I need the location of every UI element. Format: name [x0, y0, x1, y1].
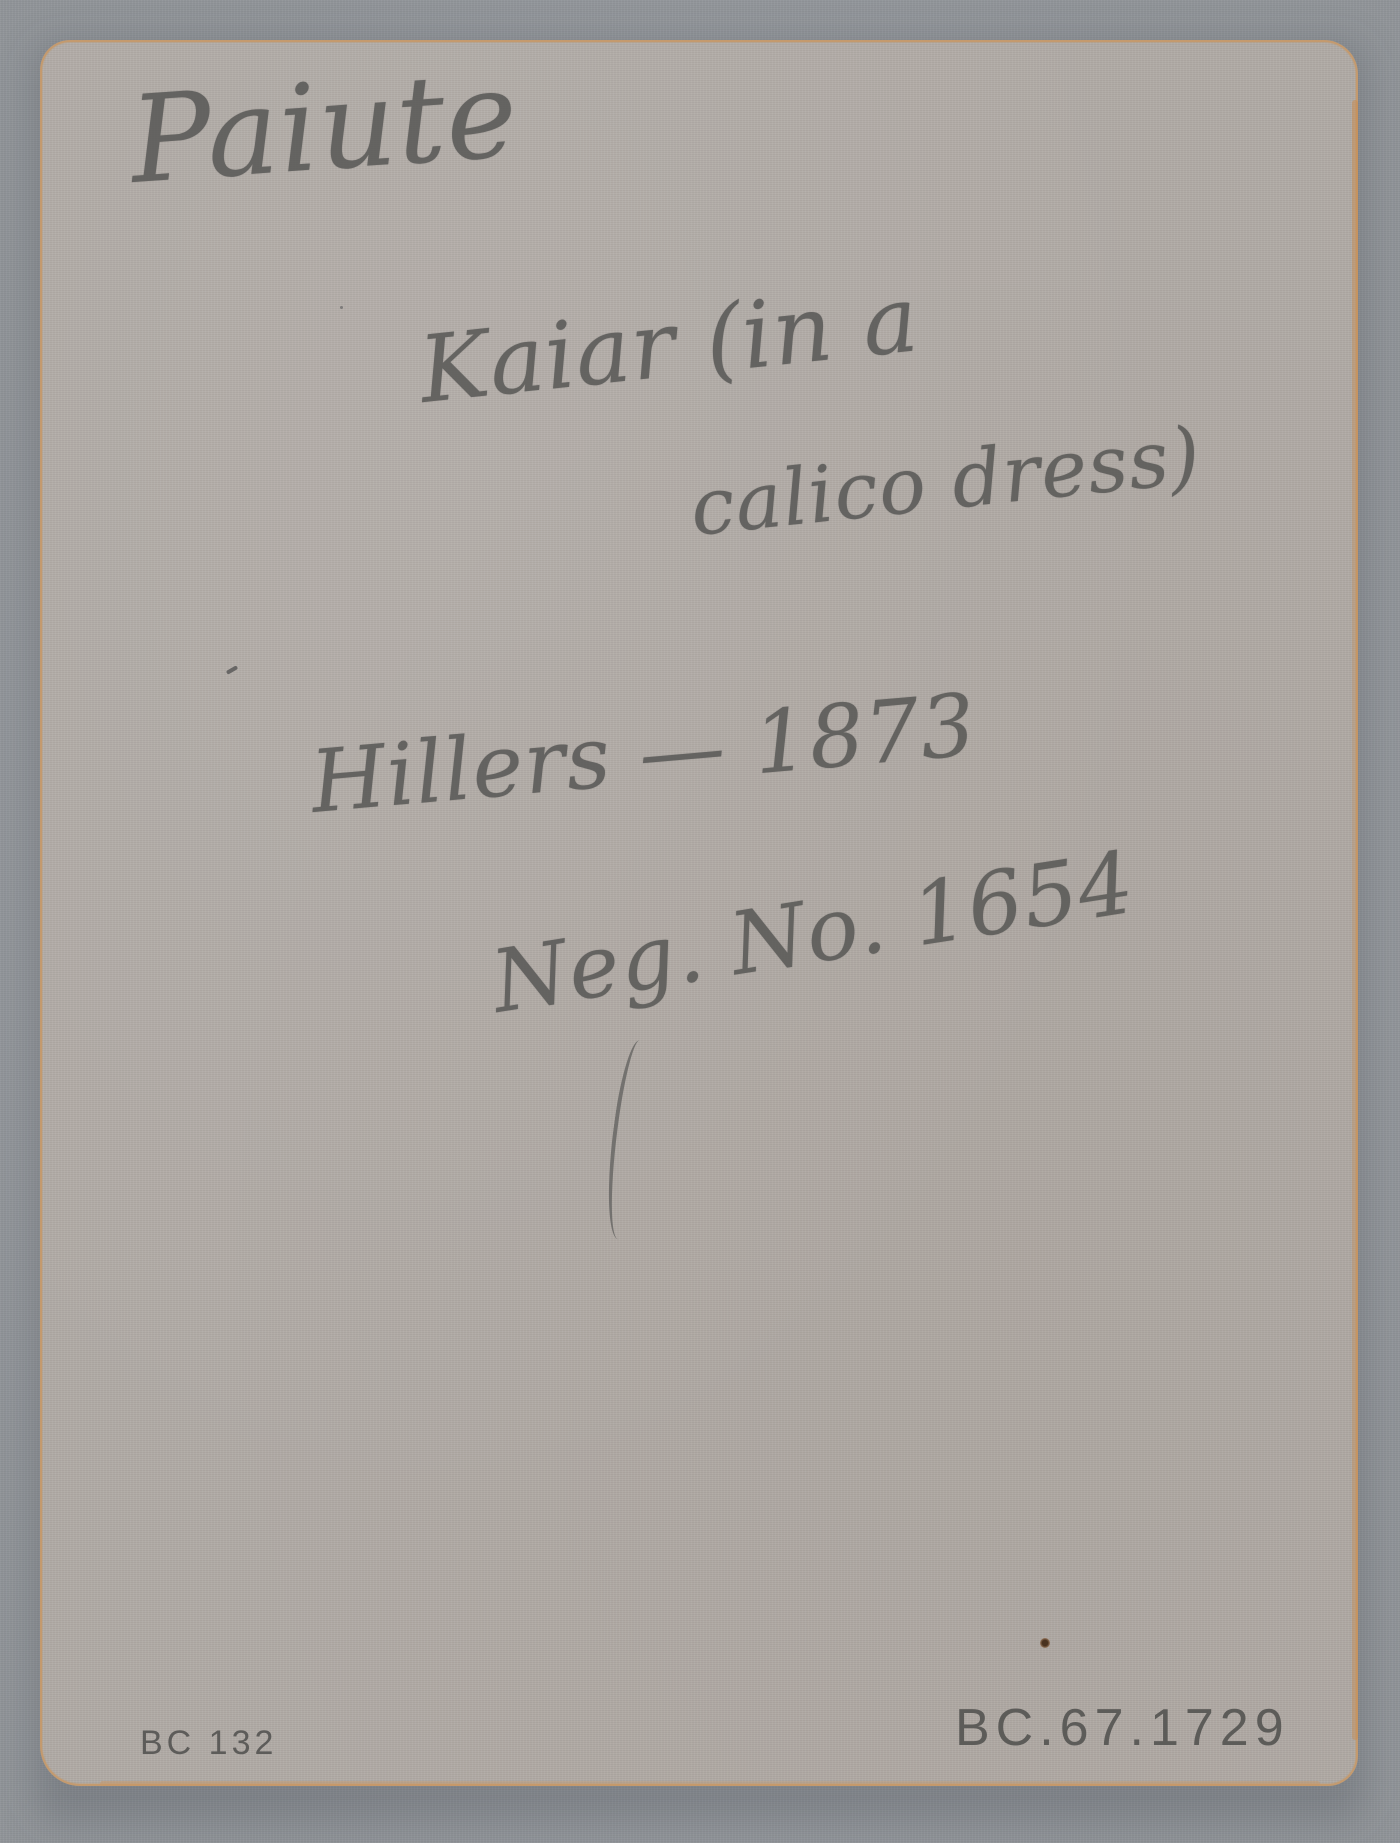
- pencil-dot: [340, 306, 343, 309]
- catalog-number-right: BC.67.1729: [955, 1702, 1290, 1754]
- inscription-tribe: Paiute: [127, 55, 522, 202]
- foxing-spot: [1040, 1638, 1050, 1648]
- catalog-number-left: BC 132: [140, 1726, 277, 1760]
- card-edge-wear-bottom: [100, 1781, 1320, 1786]
- card-edge-wear: [1352, 100, 1358, 1740]
